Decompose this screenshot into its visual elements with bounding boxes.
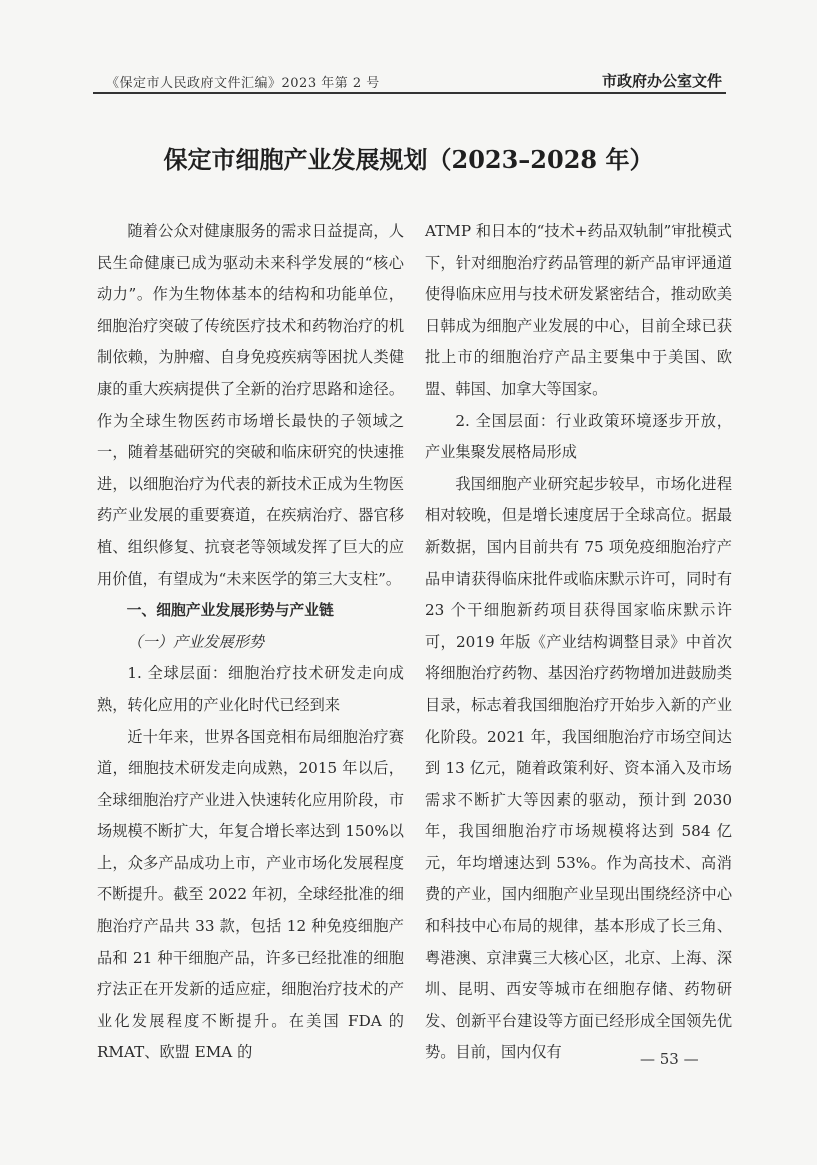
right-column: ATMP 和日本的“技术+药品双轨制”审批模式下，针对细胞治疗药品管理的新产品审…	[425, 216, 732, 1069]
publication-header: 《保定市人民政府文件汇编》2023 年第 2 号	[106, 72, 380, 91]
body-paragraph-continued: ATMP 和日本的“技术+药品双轨制”审批模式下，针对细胞治疗药品管理的新产品审…	[425, 216, 732, 406]
header-divider	[93, 92, 726, 94]
office-label: 市政府办公室文件	[602, 70, 722, 91]
body-paragraph: 近十年来，世界各国竞相布局细胞治疗赛道，细胞技术研发走向成熟，2015 年以后，…	[97, 722, 404, 1070]
point-heading: 1. 全球层面：细胞治疗技术研发走向成熟，转化应用的产业化时代已经到来	[97, 658, 404, 721]
intro-paragraph: 随着公众对健康服务的需求日益提高，人民生命健康已成为驱动未来科学发展的“核心动力…	[97, 216, 404, 595]
left-column: 随着公众对健康服务的需求日益提高，人民生命健康已成为驱动未来科学发展的“核心动力…	[97, 216, 404, 1069]
subsection-heading: （一）产业发展形势	[97, 627, 404, 659]
section-heading: 一、细胞产业发展形势与产业链	[97, 595, 404, 627]
document-title: 保定市细胞产业发展规划（2023–2028 年）	[0, 140, 817, 175]
point-heading: 2. 全国层面：行业政策环境逐步开放，产业集聚发展格局形成	[425, 406, 732, 469]
page-number: — 53 —	[640, 1050, 699, 1068]
body-paragraph: 我国细胞产业研究起步较早，市场化进程相对较晚，但是增长速度居于全球高位。据最新数…	[425, 469, 732, 1069]
